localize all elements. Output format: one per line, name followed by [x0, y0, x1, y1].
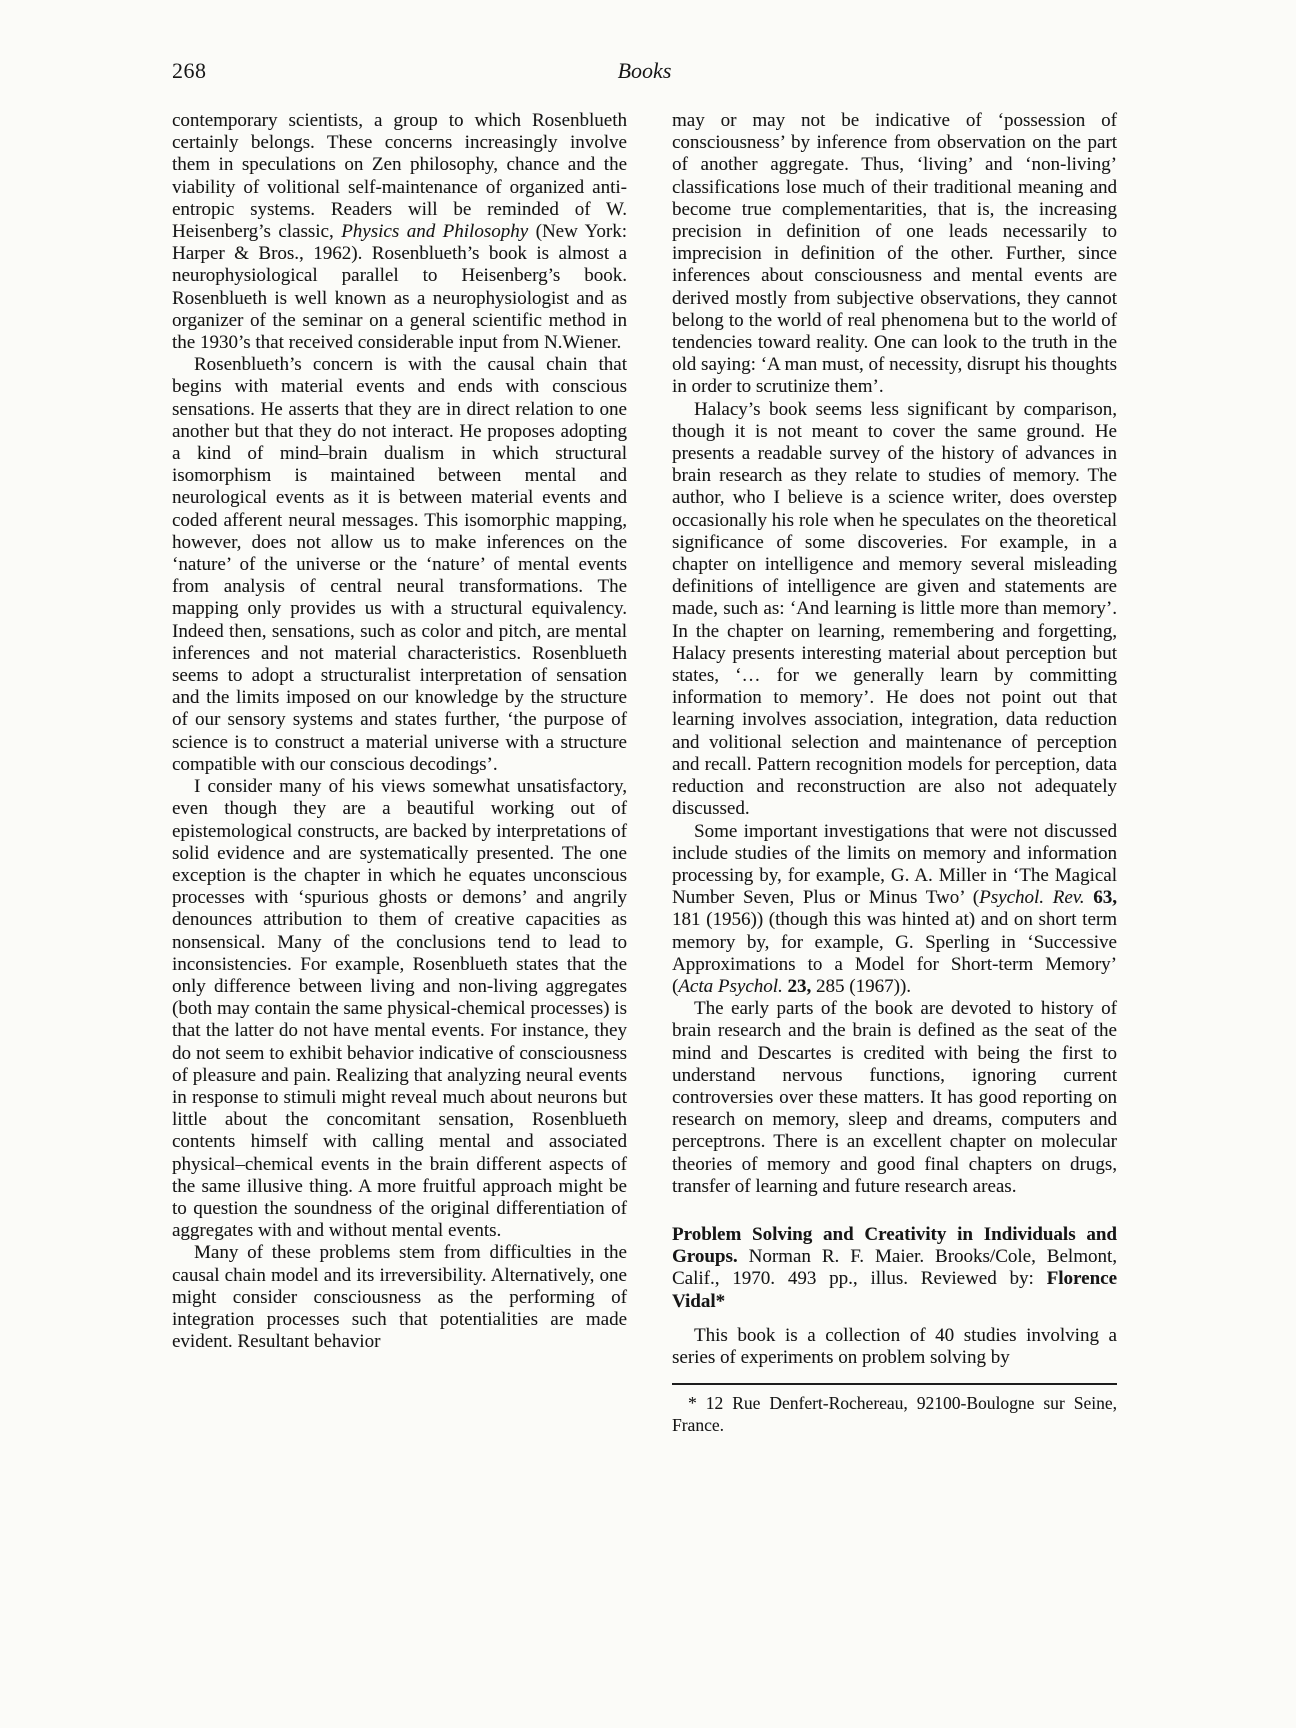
- left-column: contemporary scientists, a group to whic…: [172, 110, 627, 1436]
- footnote-text: * 12 Rue Denfert-Rochereau, 92100-Boulog…: [672, 1393, 1117, 1436]
- text-run: The early parts of the book are devoted …: [672, 998, 1117, 1197]
- two-column-text-body: contemporary scientists, a group to whic…: [172, 110, 1117, 1436]
- text-run: Many of these problems stem from difficu…: [172, 1242, 627, 1352]
- running-title: Books: [172, 58, 1117, 84]
- body-paragraph: Rosenblueth’s concern is with the causal…: [172, 354, 627, 776]
- book-review-heading: Problem Solving and Creativity in Indivi…: [672, 1224, 1117, 1313]
- body-paragraph: may or may not be indicative of ‘possess…: [672, 110, 1117, 399]
- body-paragraph: Halacy’s book seems less significant by …: [672, 399, 1117, 821]
- text-run: I consider many of his views somewhat un…: [172, 776, 627, 1241]
- text-run: 63,: [1093, 887, 1117, 908]
- text-run: Rosenblueth’s concern is with the causal…: [172, 354, 627, 775]
- body-paragraph: Many of these problems stem from difficu…: [172, 1242, 627, 1353]
- footnote-rule: [672, 1383, 1117, 1385]
- text-run: [1085, 887, 1094, 908]
- scanned-journal-page: 268 Books contemporary scientists, a gro…: [0, 0, 1296, 1728]
- footnote: * 12 Rue Denfert-Rochereau, 92100-Boulog…: [672, 1383, 1117, 1436]
- body-paragraph: This book is a collection of 40 studies …: [672, 1325, 1117, 1369]
- page-number: 268: [172, 58, 207, 84]
- text-run: This book is a collection of 40 studies …: [672, 1325, 1117, 1368]
- page-header: 268 Books: [172, 58, 1117, 88]
- text-run: Halacy’s book seems less significant by …: [672, 399, 1117, 820]
- body-paragraph: I consider many of his views somewhat un…: [172, 776, 627, 1242]
- body-paragraph: The early parts of the book are devoted …: [672, 998, 1117, 1198]
- right-column: may or may not be indicative of ‘possess…: [672, 110, 1117, 1436]
- text-run: Acta Psychol.: [678, 976, 782, 997]
- text-run: 23,: [788, 976, 812, 997]
- text-run: Physics and Philosophy: [341, 221, 528, 242]
- body-paragraph: contemporary scientists, a group to whic…: [172, 110, 627, 354]
- text-run: Psychol. Rev.: [979, 887, 1084, 908]
- text-run: 285 (1967)).: [811, 976, 911, 997]
- right-column-paragraphs: may or may not be indicative of ‘possess…: [672, 110, 1117, 1369]
- text-run: may or may not be indicative of ‘possess…: [672, 110, 1117, 397]
- body-paragraph: Some important investigations that were …: [672, 821, 1117, 999]
